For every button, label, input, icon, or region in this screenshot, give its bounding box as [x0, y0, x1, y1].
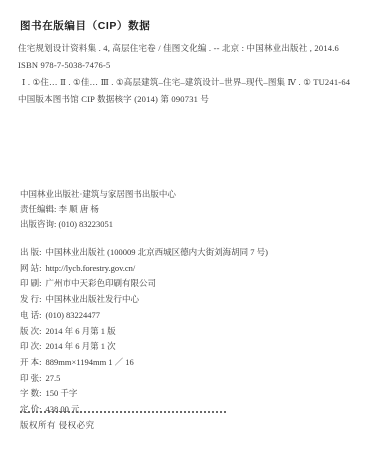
colophon-row-printer: 印 刷:广州市中天彩色印刷有限公司 [20, 276, 369, 292]
publishing-center-line: 中国林业出版社·建筑与家居图书出版中心 [20, 187, 365, 202]
cip-title-statement: 住宅规划设计资料集 . 4, 高层住宅卷 / 佳图文化编 . -- 北京 : 中… [18, 40, 365, 57]
colophon-value: 150 千字 [46, 388, 78, 398]
colophon-label: 开 本: [20, 357, 42, 367]
cip-record-block: 住宅规划设计资料集 . 4, 高层住宅卷 / 佳图文化编 . -- 北京 : 中… [18, 40, 365, 108]
colophon-block: 出 版:中国林业出版社 (100009 北京西城区德内大街刘海胡同 7 号) 网… [20, 245, 369, 418]
colophon-label: 电 话: [20, 310, 42, 320]
colophon-row-edition: 版 次:2014 年 6 月第 1 版 [20, 324, 369, 340]
colophon-label: 版 次: [20, 326, 42, 336]
publishing-consult-line: 出版咨询: (010) 83223051 [20, 217, 365, 232]
colophon-label: 发 行: [20, 294, 42, 304]
colophon-row-sheets: 印 张:27.5 [20, 371, 369, 387]
cip-record-number-line: 中国版本图书馆 CIP 数据核字 (2014) 第 090731 号 [18, 91, 365, 108]
colophon-label: 字 数: [20, 388, 42, 398]
colophon-row-wordcount: 字 数:150 千字 [20, 386, 369, 402]
dotted-divider [20, 411, 226, 413]
cip-copyright-page: 图书在版编目（CIP）数据 住宅规划设计资料集 . 4, 高层住宅卷 / 佳图文… [0, 0, 375, 453]
colophon-label: 网 站: [20, 263, 42, 273]
colophon-value: 2014 年 6 月第 1 版 [46, 326, 116, 336]
colophon-value: (010) 83224477 [46, 310, 101, 320]
colophon-row-distributor: 发 行:中国林业出版社发行中心 [20, 292, 369, 308]
colophon-label: 印 刷: [20, 278, 42, 288]
colophon-row-price: 定 价:438.00 元 [20, 402, 369, 418]
colophon-value: 中国林业出版社 (100009 北京西城区德内大街刘海胡同 7 号) [46, 247, 268, 257]
colophon-value: 中国林业出版社发行中心 [46, 294, 140, 304]
copyright-notice: 版权所有 侵权必究 [20, 419, 95, 431]
colophon-row-website: 网 站:http://lycb.forestry.gov.cn/ [20, 261, 369, 277]
colophon-label: 出 版: [20, 247, 42, 257]
colophon-label: 印 张: [20, 373, 42, 383]
colophon-row-impression: 印 次:2014 年 6 月第 1 次 [20, 339, 369, 355]
publisher-block: 中国林业出版社·建筑与家居图书出版中心 责任编辑: 李 顺 唐 杨 出版咨询: … [20, 187, 365, 233]
responsible-editors-line: 责任编辑: 李 顺 唐 杨 [20, 202, 365, 217]
colophon-label: 印 次: [20, 341, 42, 351]
colophon-row-format: 开 本:889mm×1194mm 1 ／ 16 [20, 355, 369, 371]
colophon-value: 2014 年 6 月第 1 次 [46, 341, 116, 351]
cip-classification-line: Ⅰ . ①住… Ⅱ . ①佳… Ⅲ . ①高层建筑–住宅–建筑设计–世界–现代–… [18, 74, 365, 91]
colophon-row-publisher: 出 版:中国林业出版社 (100009 北京西城区德内大街刘海胡同 7 号) [20, 245, 369, 261]
colophon-value: 889mm×1194mm 1 ／ 16 [46, 357, 134, 367]
page-title: 图书在版编目（CIP）数据 [20, 18, 150, 33]
colophon-value: http://lycb.forestry.gov.cn/ [46, 263, 136, 273]
colophon-value: 广州市中天彩色印刷有限公司 [46, 278, 157, 288]
isbn-line: ISBN 978-7-5038-7476-5 [18, 57, 365, 74]
colophon-value: 27.5 [46, 373, 61, 383]
colophon-row-phone: 电 话:(010) 83224477 [20, 308, 369, 324]
